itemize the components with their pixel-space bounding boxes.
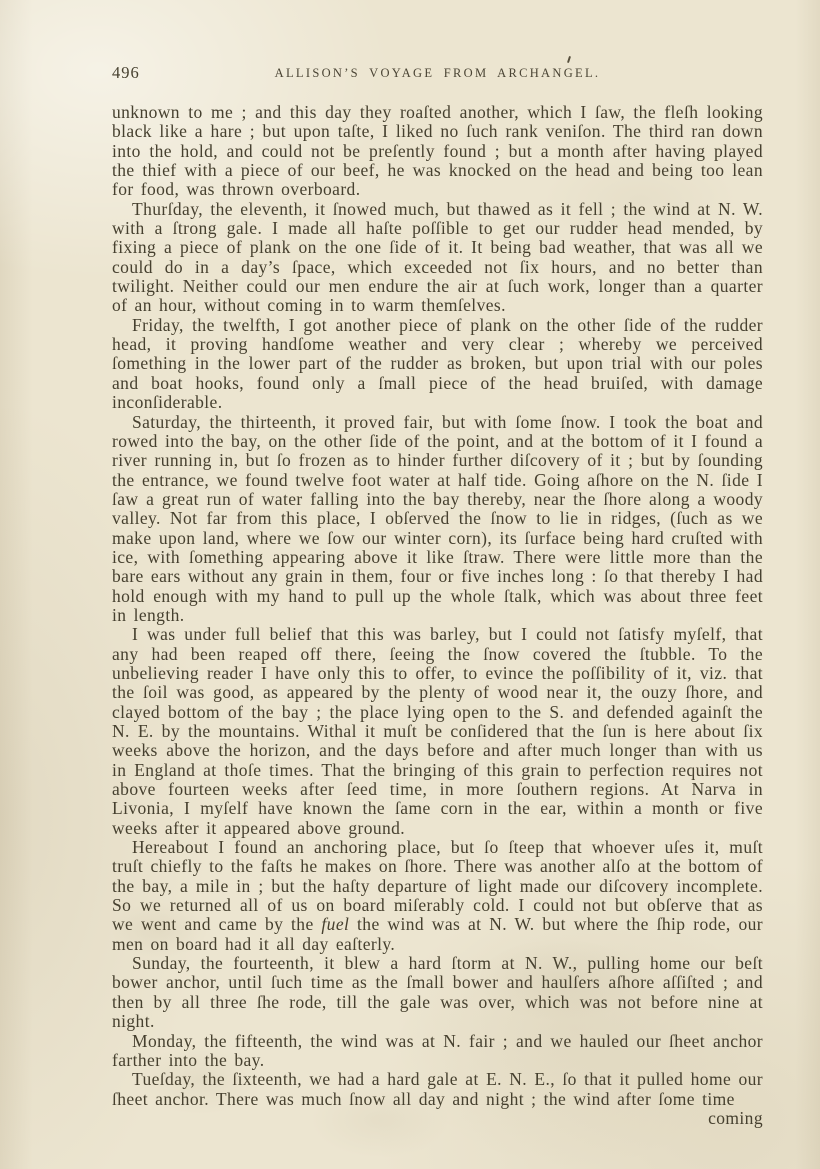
running-title: ALLISON’S VOYAGE FROM ARCHANGEL. [112, 66, 763, 81]
italic-text: fuel [321, 914, 349, 934]
paragraph: Saturday, the thirteenth, it proved fair… [112, 413, 763, 626]
paragraph-text: Friday, the twelfth, I got another piece… [112, 315, 763, 412]
paragraph: Friday, the twelfth, I got another piece… [112, 316, 763, 413]
paragraph-text: I was under full belief that this was ba… [112, 624, 763, 837]
paragraph-text: Tueſday, the ſixteenth, we had a hard ga… [112, 1069, 763, 1108]
paragraph-text: Monday, the fifteenth, the wind was at N… [112, 1031, 763, 1070]
paragraph: Monday, the fifteenth, the wind was at N… [112, 1032, 763, 1071]
catchword: coming [708, 1108, 763, 1128]
paragraph: Hereabout I found an anchoring place, bu… [112, 838, 763, 954]
paragraph: unknown to me ; and this day they roaſte… [112, 103, 763, 200]
paragraph: I was under full belief that this was ba… [112, 625, 763, 838]
book-page: 496 ALLISON’S VOYAGE FROM ARCHANGEL. unk… [0, 0, 820, 1169]
paragraph-text: unknown to me ; and this day they roaſte… [112, 102, 763, 199]
text-block: 496 ALLISON’S VOYAGE FROM ARCHANGEL. unk… [112, 62, 763, 1128]
ink-speck [567, 56, 571, 63]
body-text: unknown to me ; and this day they roaſte… [112, 103, 763, 1109]
paragraph-text: Thurſday, the eleventh, it ſnowed much, … [112, 199, 763, 316]
paragraph: Tueſday, the ſixteenth, we had a hard ga… [112, 1070, 763, 1109]
catchword-row: coming [112, 1109, 763, 1128]
page-header: 496 ALLISON’S VOYAGE FROM ARCHANGEL. [112, 62, 763, 84]
paragraph: Thurſday, the eleventh, it ſnowed much, … [112, 200, 763, 316]
paragraph-text: Saturday, the thirteenth, it proved fair… [112, 412, 763, 625]
paragraph: Sunday, the fourteenth, it blew a hard ſ… [112, 954, 763, 1031]
paragraph-text: Sunday, the fourteenth, it blew a hard ſ… [112, 953, 763, 1031]
